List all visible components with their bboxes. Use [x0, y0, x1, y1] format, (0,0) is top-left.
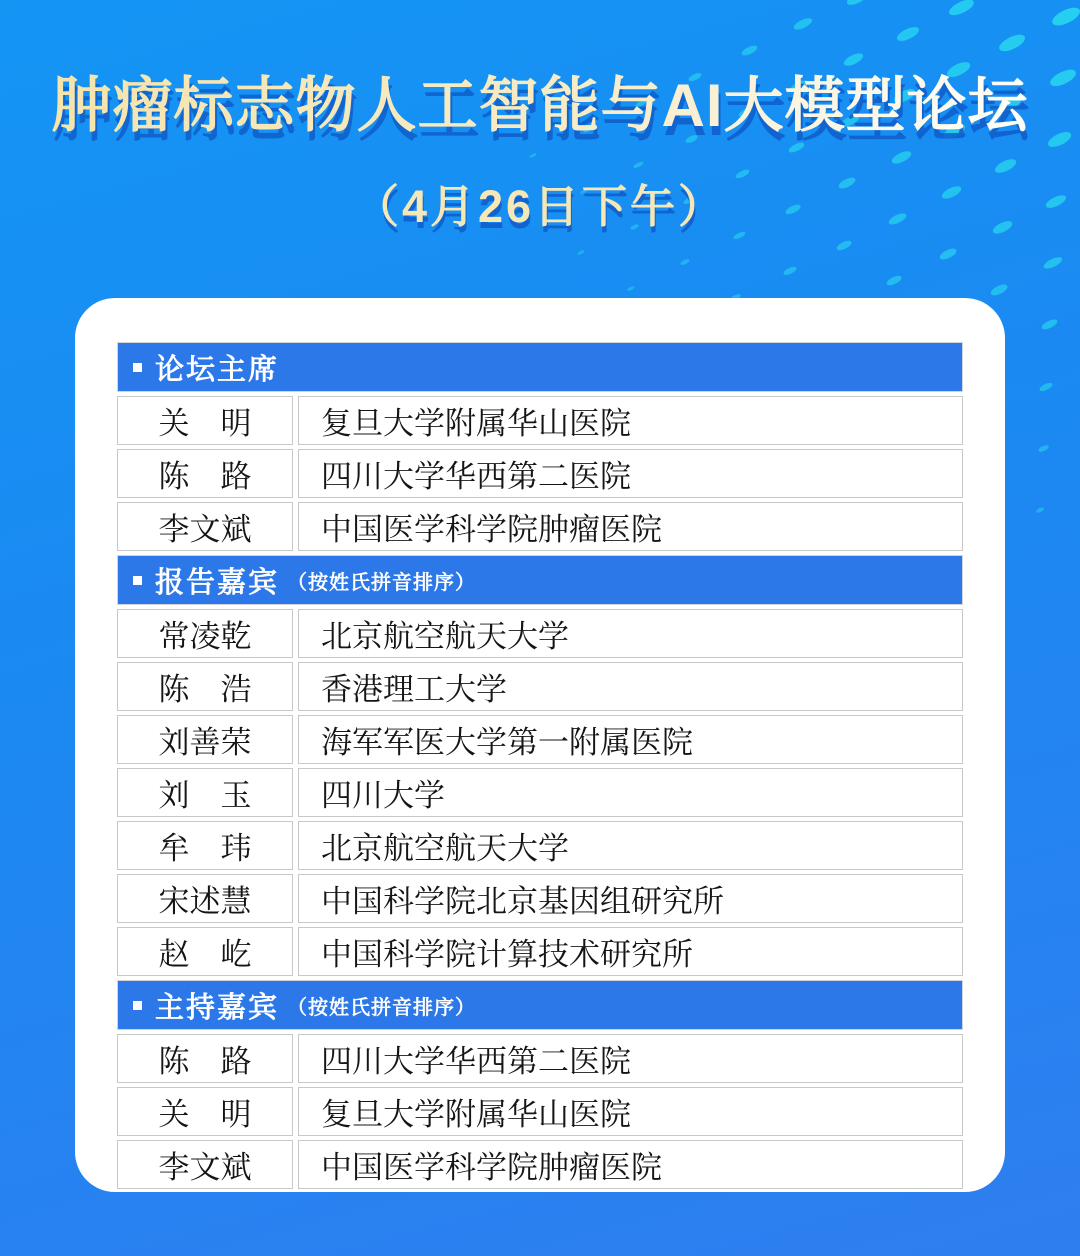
guest-affiliation-cell: 复旦大学附属华山医院: [298, 396, 963, 445]
background-dot: [890, 148, 912, 165]
guest-row: 常凌乾 北京航空航天大学: [117, 609, 963, 658]
background-dot: [1050, 4, 1080, 29]
guest-affiliation-cell: 北京航空航天大学: [298, 609, 963, 658]
poster: 肿瘤标志物人工智能与AI大模型论坛 （4月26日下午） 论坛主席 关 明 复旦大…: [0, 0, 1080, 1256]
guest-affiliation-cell: 复旦大学附属华山医院: [298, 1087, 963, 1136]
guest-row: 赵 屹 中国科学院计算技术研究所: [117, 927, 963, 976]
guest-row: 牟 玮 北京航空航天大学: [117, 821, 963, 870]
guest-row: 陈 路 四川大学华西第二医院: [117, 449, 963, 498]
background-dot: [938, 246, 958, 261]
background-dot: [1035, 506, 1044, 513]
guest-affiliation-cell: 四川大学华西第二医院: [298, 1034, 963, 1083]
guest-row: 关 明 复旦大学附属华山医院: [117, 396, 963, 445]
section-speakers: 报告嘉宾 （按姓氏拼音排序） 常凌乾 北京航空航天大学 陈 浩 香港理工大学 刘…: [117, 555, 963, 976]
background-dot: [1039, 381, 1054, 392]
forum-title: 肿瘤标志物人工智能与AI大模型论坛: [0, 70, 1080, 142]
guest-row: 李文斌 中国医学科学院肿瘤医院: [117, 502, 963, 551]
guest-name-cell: 牟 玮: [117, 821, 293, 870]
background-dot: [895, 24, 921, 44]
guest-row: 刘 玉 四川大学: [117, 768, 963, 817]
guest-row: 关 明 复旦大学附属华山医院: [117, 1087, 963, 1136]
guest-name-cell: 李文斌: [117, 502, 293, 551]
guest-row: 陈 路 四川大学华西第二医院: [117, 1034, 963, 1083]
guest-affiliation-cell: 中国医学科学院肿瘤医院: [298, 1140, 963, 1189]
background-dot: [1037, 444, 1049, 453]
guest-name-cell: 关 明: [117, 396, 293, 445]
guest-name-cell: 刘 玉: [117, 768, 293, 817]
schedule-card: 论坛主席 关 明 复旦大学附属华山医院 陈 路 四川大学华西第二医院 李文斌 中…: [75, 298, 1005, 1192]
guest-name-cell: 陈 浩: [117, 662, 293, 711]
section-heading: 论坛主席: [155, 347, 279, 388]
background-dot: [842, 51, 865, 68]
background-dot: [835, 238, 852, 251]
guest-row: 宋述慧 中国科学院北京基因组研究所: [117, 874, 963, 923]
guest-affiliation-cell: 香港理工大学: [298, 662, 963, 711]
background-dot: [787, 141, 806, 155]
guest-affiliation-cell: 海军军医大学第一附属医院: [298, 715, 963, 764]
background-dot: [783, 266, 798, 277]
guest-affiliation-cell: 中国科学院计算技术研究所: [298, 927, 963, 976]
guest-row: 李文斌 中国医学科学院肿瘤医院: [117, 1140, 963, 1189]
guest-affiliation-cell: 中国医学科学院肿瘤医院: [298, 502, 963, 551]
background-dot: [886, 274, 904, 287]
guest-name-cell: 常凌乾: [117, 609, 293, 658]
background-dot: [576, 250, 585, 257]
guest-name-cell: 李文斌: [117, 1140, 293, 1189]
background-dot: [997, 31, 1027, 54]
guest-name-cell: 宋述慧: [117, 874, 293, 923]
section-forum-chairs: 论坛主席 关 明 复旦大学附属华山医院 陈 路 四川大学华西第二医院 李文斌 中…: [117, 342, 963, 551]
background-dot: [947, 0, 976, 18]
background-dot: [632, 161, 643, 170]
bullet-icon: [133, 363, 142, 372]
section-header-hosts: 主持嘉宾 （按姓氏拼音排序）: [117, 980, 963, 1030]
guest-name-cell: 陈 路: [117, 1034, 293, 1083]
background-dot: [1041, 318, 1059, 332]
guest-name-cell: 赵 屹: [117, 927, 293, 976]
section-hosts: 主持嘉宾 （按姓氏拼音排序） 陈 路 四川大学华西第二医院 关 明 复旦大学附属…: [117, 980, 963, 1189]
guest-affiliation-cell: 四川大学: [298, 768, 963, 817]
guest-row: 陈 浩 香港理工大学: [117, 662, 963, 711]
background-dot: [845, 0, 869, 7]
background-dot: [792, 16, 813, 32]
bullet-icon: [133, 576, 142, 585]
guest-name-cell: 关 明: [117, 1087, 293, 1136]
bullet-icon: [133, 1001, 142, 1010]
section-note: （按姓氏拼音排序）: [287, 991, 476, 1020]
guest-name-cell: 陈 路: [117, 449, 293, 498]
section-heading: 报告嘉宾: [155, 560, 279, 601]
guest-affiliation-cell: 四川大学华西第二医院: [298, 449, 963, 498]
section-heading: 主持嘉宾: [155, 985, 279, 1026]
guest-affiliation-cell: 北京航空航天大学: [298, 821, 963, 870]
guest-name-cell: 刘善荣: [117, 715, 293, 764]
forum-subtitle: （4月26日下午）: [0, 170, 1080, 235]
background-dot: [529, 153, 538, 160]
background-dot: [680, 258, 691, 266]
background-dot: [989, 282, 1008, 297]
background-dot: [1042, 255, 1063, 271]
section-note: （按姓氏拼音排序）: [287, 566, 476, 595]
section-header-forum-chairs: 论坛主席: [117, 342, 963, 392]
section-header-speakers: 报告嘉宾 （按姓氏拼音排序）: [117, 555, 963, 605]
guest-row: 刘善荣 海军军医大学第一附属医院: [117, 715, 963, 764]
background-dot: [740, 44, 758, 58]
background-dot: [627, 285, 636, 292]
guest-affiliation-cell: 中国科学院北京基因组研究所: [298, 874, 963, 923]
